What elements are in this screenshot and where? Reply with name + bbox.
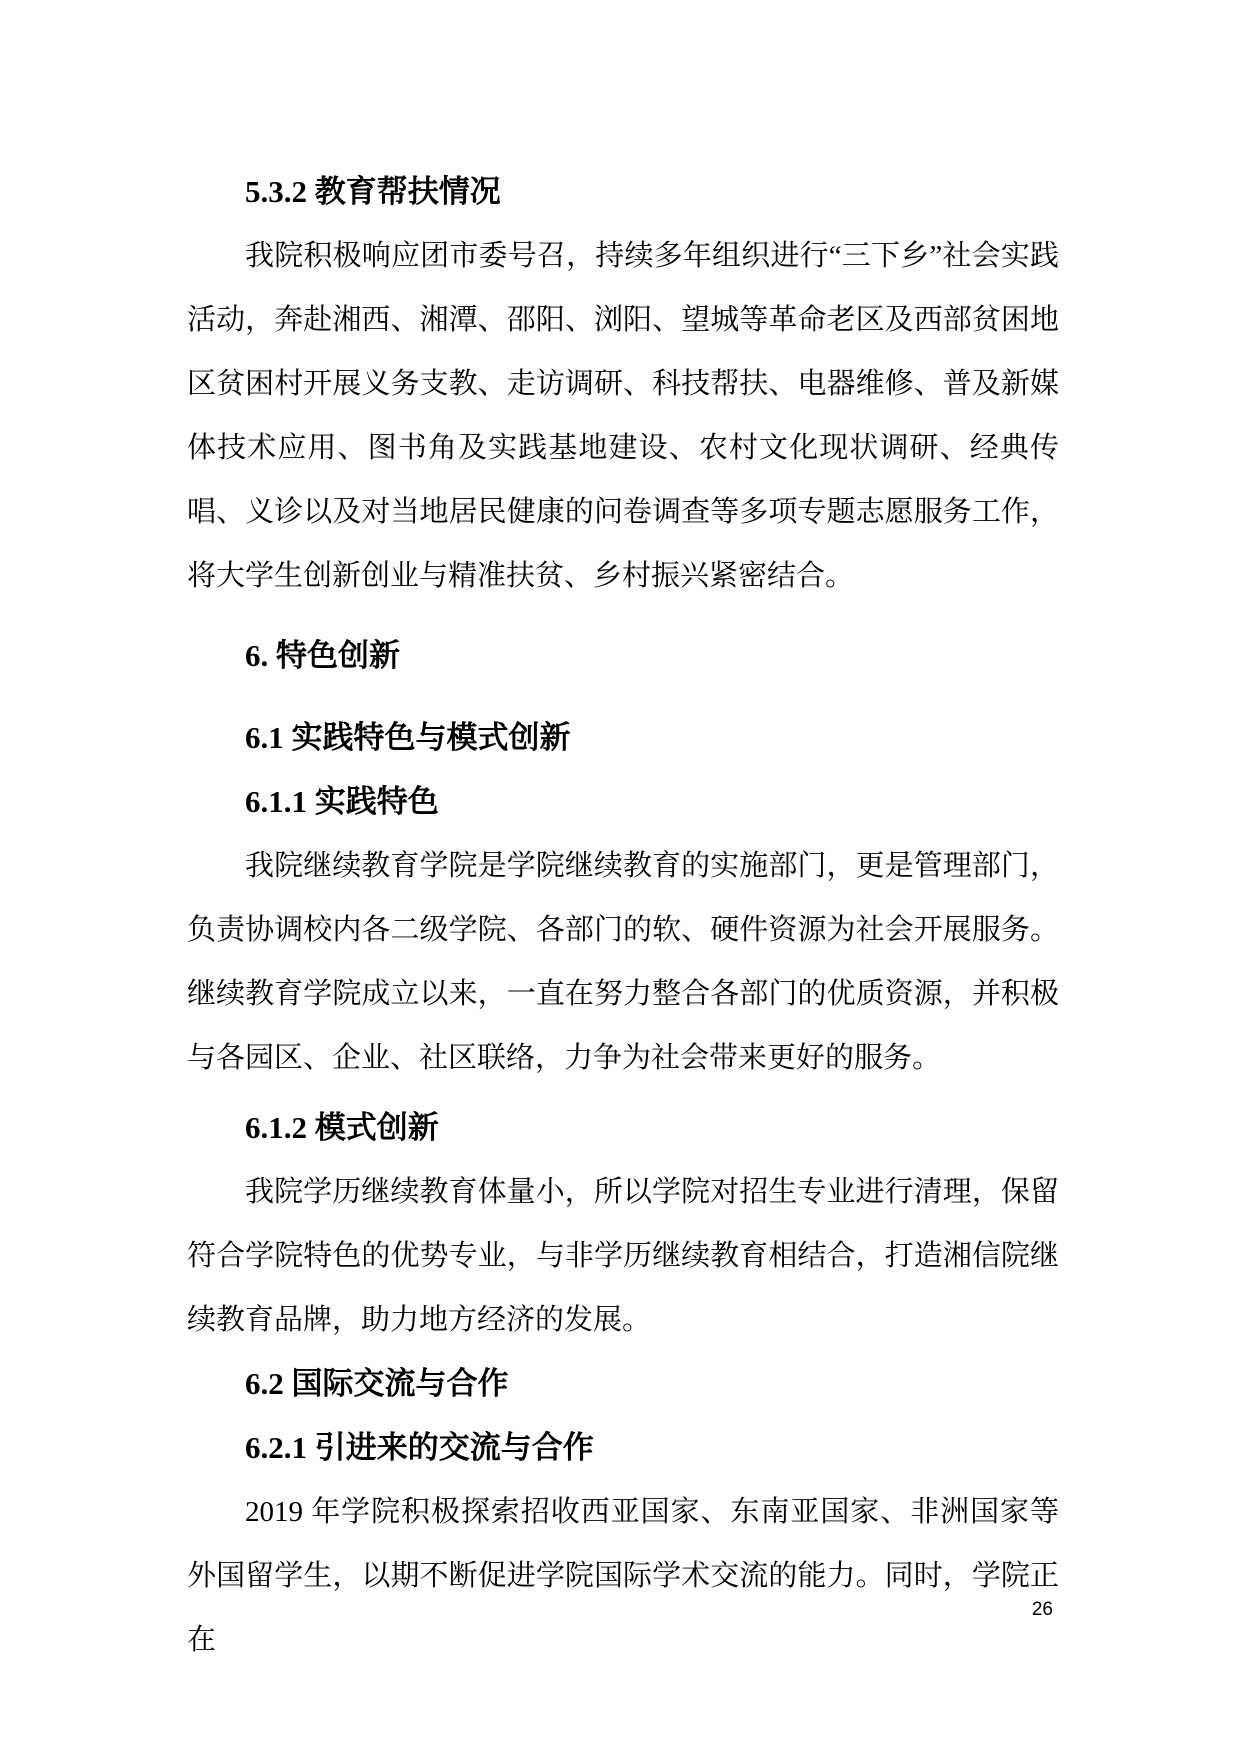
- heading-6-features-innovation: 6. 特色创新: [187, 624, 1059, 688]
- document-page: 5.3.2 教育帮扶情况 我院积极响应团市委号召，持续多年组织进行“三下乡”社会…: [0, 0, 1240, 1754]
- heading-6-2-1-incoming-exchange: 6.2.1 引进来的交流与合作: [187, 1416, 1059, 1480]
- paragraph-mode-innovation: 我院学历继续教育体量小，所以学院对招生专业进行清理，保留符合学院特色的优势专业，…: [187, 1160, 1059, 1352]
- paragraph-practice-features: 我院继续教育学院是学院继续教育的实施部门，更是管理部门，负责协调校内各二级学院、…: [187, 834, 1059, 1090]
- heading-6-1-practice-features-mode-innovation: 6.1 实践特色与模式创新: [187, 706, 1059, 770]
- heading-6-1-1-practice-features: 6.1.1 实践特色: [187, 770, 1059, 834]
- page-number: 26: [1032, 1598, 1053, 1622]
- heading-5-3-2-education-support: 5.3.2 教育帮扶情况: [187, 160, 1059, 224]
- paragraph-incoming-exchange: 2019 年学院积极探索招收西亚国家、东南亚国家、非洲国家等外国留学生，以期不断…: [187, 1480, 1059, 1672]
- paragraph-education-support: 我院积极响应团市委号召，持续多年组织进行“三下乡”社会实践活动，奔赴湘西、湘潭、…: [187, 224, 1059, 608]
- heading-6-1-2-mode-innovation: 6.1.2 模式创新: [187, 1096, 1059, 1160]
- heading-6-2-international-exchange: 6.2 国际交流与合作: [187, 1352, 1059, 1416]
- page-content: 5.3.2 教育帮扶情况 我院积极响应团市委号召，持续多年组织进行“三下乡”社会…: [187, 160, 1059, 1672]
